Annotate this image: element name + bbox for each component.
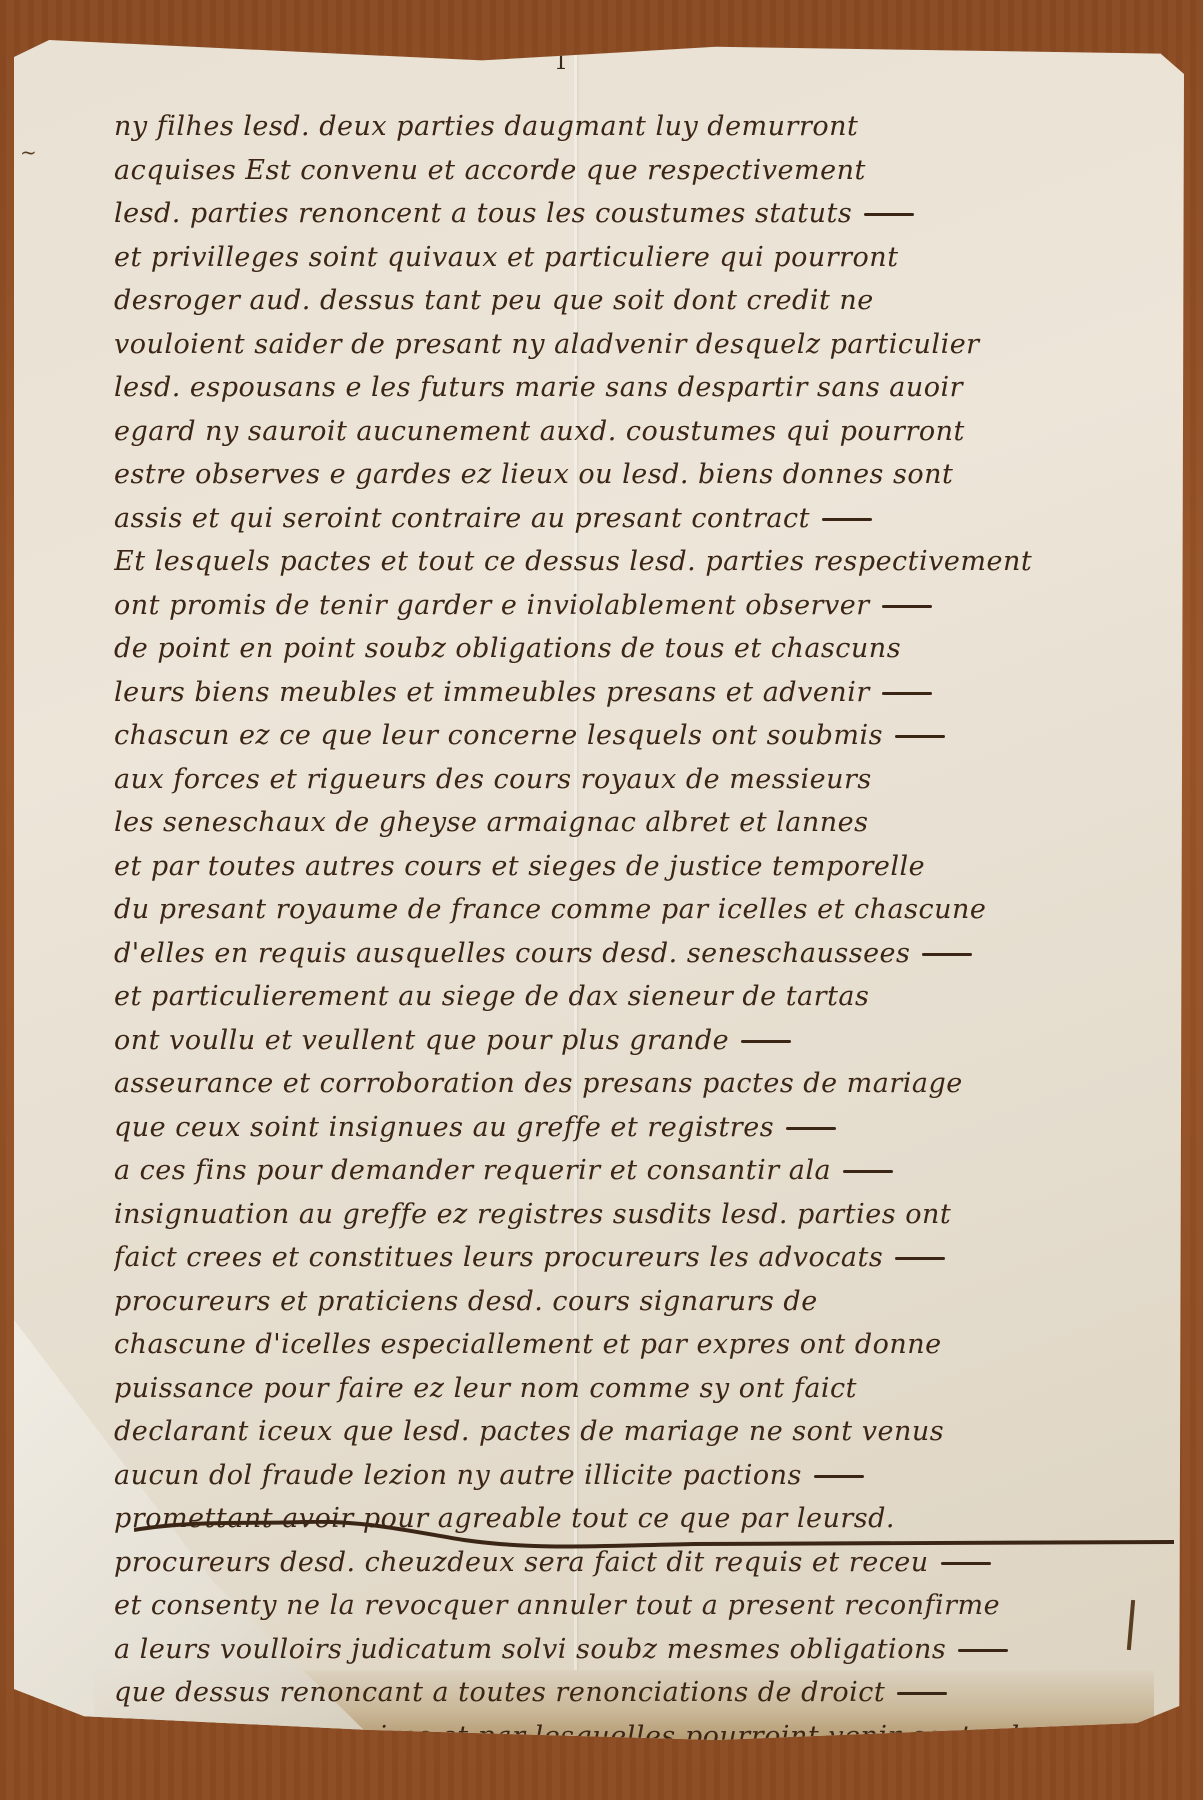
line-filler-dash (822, 518, 872, 521)
manuscript-line-text: estre observes e gardes ez lieux ou lesd… (114, 459, 953, 490)
manuscript-line: lesd. espousans e les futurs marie sans … (114, 366, 1154, 410)
manuscript-line-text: de point en point soubz obligations de t… (114, 633, 901, 664)
manuscript-line-text: et par toutes autres cours et sieges de … (114, 851, 925, 882)
manuscript-line-text: procureurs et praticiens desd. cours sig… (114, 1286, 818, 1317)
line-filler-dash (786, 1127, 836, 1130)
manuscript-line: et particulierement au siege de dax sien… (114, 975, 1154, 1019)
line-filler-dash (882, 692, 932, 695)
manuscript-line-text: faict crees et constitues leurs procureu… (114, 1242, 883, 1273)
manuscript-line-text: insignuation au greffe ez registres susd… (114, 1199, 951, 1230)
line-filler-dash (922, 953, 972, 956)
manuscript-line-text: ny filhes lesd. deux parties daugmant lu… (114, 111, 858, 142)
manuscript-line-text: lesd. parties renoncent a tous les coust… (114, 198, 852, 229)
manuscript-line: ny filhes lesd. deux parties daugmant lu… (114, 105, 1154, 149)
line-filler-dash (895, 735, 945, 738)
line-filler-dash (741, 1040, 791, 1043)
manuscript-line-text: du presant royaume de france comme par i… (114, 894, 986, 925)
manuscript-line-text: que dessus renoncant a toutes renonciati… (114, 1677, 885, 1708)
manuscript-line-text: ont promis de tenir garder e inviolablem… (114, 590, 870, 621)
manuscript-line: a leurs voulloirs judicatum solvi soubz … (114, 1628, 1154, 1672)
manuscript-line: et privilleges soint quivaux et particul… (114, 236, 1154, 280)
manuscript-line: asseurance et corroboration des presans … (114, 1062, 1154, 1106)
manuscript-line: de point en point soubz obligations de t… (114, 627, 1154, 671)
manuscript-line-text: assis et qui seroint contraire au presan… (114, 503, 810, 534)
manuscript-line-text: lesd. espousans e les futurs marie sans … (114, 372, 963, 403)
line-filler-dash (941, 1562, 991, 1565)
manuscript-line: faict crees et constitues leurs procureu… (114, 1236, 1154, 1280)
manuscript-line: acquises Est convenu et accorde que resp… (114, 149, 1154, 193)
manuscript-line-text: Et lesquels pactes et tout ce dessus les… (114, 546, 1032, 577)
manuscript-line-text: desroger aud. dessus tant peu que soit d… (114, 285, 874, 316)
manuscript-line: procureurs et praticiens desd. cours sig… (114, 1280, 1154, 1324)
line-filler-dash (958, 1649, 1008, 1652)
manuscript-line: ont promis de tenir garder e inviolablem… (114, 584, 1154, 628)
manuscript-line: et consenty ne la revocquer annuler tout… (114, 1584, 1154, 1628)
manuscript-line: declarant iceux que lesd. pactes de mari… (114, 1410, 1154, 1454)
manuscript-line: chascun ez ce que leur concerne lesquels… (114, 714, 1154, 758)
manuscript-line-text: puissance pour faire ez leur nom comme s… (114, 1373, 857, 1404)
line-filler-dash (897, 1692, 947, 1695)
manuscript-line-text: declarant iceux que lesd. pactes de mari… (114, 1416, 944, 1447)
manuscript-line: que ceux soint insignues au greffe et re… (114, 1106, 1154, 1150)
manuscript-line: Et lesquels pactes et tout ce dessus les… (114, 540, 1154, 584)
line-filler-dash (843, 1170, 893, 1173)
manuscript-line: a ces fins pour demander requerir et con… (114, 1149, 1154, 1193)
manuscript-line-text: et particulierement au siege de dax sien… (114, 981, 869, 1012)
manuscript-line-text: asseurance et corroboration des presans … (114, 1068, 963, 1099)
manuscript-line-text: aucun dol fraude lezion ny autre illicit… (114, 1460, 802, 1491)
manuscript-line: lesd. parties renoncent a tous les coust… (114, 192, 1154, 236)
closing-flourish-rule (134, 1520, 1174, 1560)
margin-annotation: ~ (20, 140, 37, 164)
manuscript-line-text: aux forces et rigueurs des cours royaux … (114, 764, 872, 795)
manuscript-line-text: et consenty ne la revocquer annuler tout… (114, 1590, 1000, 1621)
line-filler-dash (895, 1257, 945, 1260)
manuscript-line-text: les seneschaux de gheyse armaignac albre… (114, 807, 869, 838)
manuscript-line-text: a ces fins pour demander requerir et con… (114, 1155, 831, 1186)
manuscript-page: 1 ~ ny filhes lesd. deux parties daugman… (14, 40, 1184, 1740)
manuscript-line: d'elles en requis ausquelles cours desd.… (114, 932, 1154, 976)
manuscript-line: ont voullu et veullent que pour plus gra… (114, 1019, 1154, 1063)
manuscript-line-text: chascune d'icelles especiallement et par… (114, 1329, 942, 1360)
manuscript-line: insignuation au greffe ez registres susd… (114, 1193, 1154, 1237)
manuscript-line-text: acquises Est convenu et accorde que resp… (114, 155, 866, 186)
manuscript-line-text: chascun ez ce que leur concerne lesquels… (114, 720, 883, 751)
manuscript-line: assis et qui seroint contraire au presan… (114, 497, 1154, 541)
manuscript-line: egard ny sauroit aucunement auxd. coustu… (114, 410, 1154, 454)
manuscript-line: que dessus renoncant a toutes renonciati… (114, 1671, 1154, 1715)
manuscript-line: du presant royaume de france comme par i… (114, 888, 1154, 932)
manuscript-line: aucun dol fraude lezion ny autre illicit… (114, 1454, 1154, 1498)
manuscript-line-text: a leurs voulloirs judicatum solvi soubz … (114, 1634, 946, 1665)
manuscript-line: les seneschaux de gheyse armaignac albre… (114, 801, 1154, 845)
manuscript-line: chascune d'icelles especiallement et par… (114, 1323, 1154, 1367)
line-filler-dash (814, 1475, 864, 1478)
manuscript-line: leurs biens meubles et immeubles presans… (114, 671, 1154, 715)
manuscript-line-text: que ceux soint insignues au greffe et re… (114, 1112, 774, 1143)
manuscript-line-text: vouloient saider de presant ny aladvenir… (114, 329, 980, 360)
manuscript-line-text: d'elles en requis ausquelles cours desd.… (114, 938, 910, 969)
manuscript-line: estre observes e gardes ez lieux ou lesd… (114, 453, 1154, 497)
manuscript-line: desroger aud. dessus tant peu que soit d… (114, 279, 1154, 323)
line-filler-dash (864, 213, 914, 216)
manuscript-line-text: et privilleges soint quivaux et particul… (114, 242, 899, 273)
manuscript-line: puissance pour faire ez leur nom comme s… (114, 1367, 1154, 1411)
manuscript-line: et par toutes autres cours et sieges de … (114, 845, 1154, 889)
manuscript-line-text: leurs biens meubles et immeubles presans… (114, 677, 870, 708)
line-filler-dash (882, 605, 932, 608)
manuscript-line-text: egard ny sauroit aucunement auxd. coustu… (114, 416, 965, 447)
manuscript-line: vouloient saider de presant ny aladvenir… (114, 323, 1154, 367)
manuscript-line-text: ont voullu et veullent que pour plus gra… (114, 1025, 729, 1056)
manuscript-line: aux forces et rigueurs des cours royaux … (114, 758, 1154, 802)
